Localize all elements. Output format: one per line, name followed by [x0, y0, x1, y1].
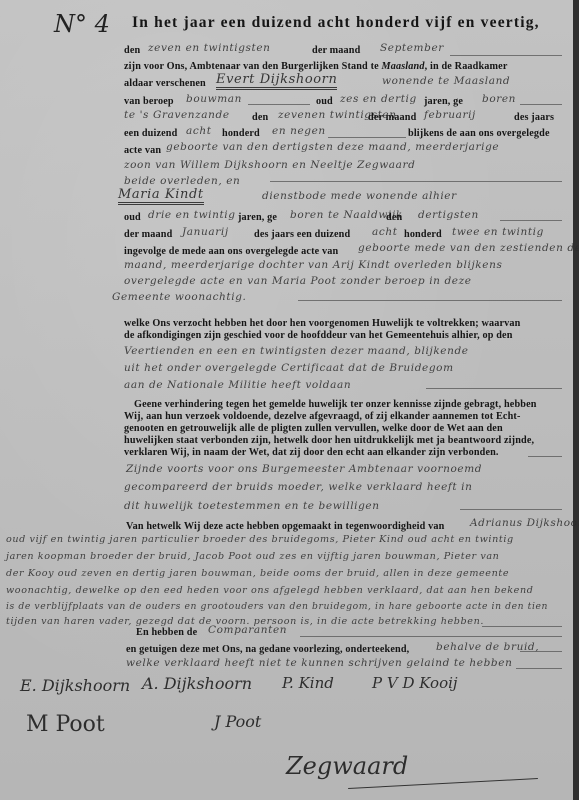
printed-den-2: den [252, 112, 268, 123]
consent-line-1: Zijnde voorts voor ons Burgemeester Ambt… [126, 463, 482, 475]
record-number: N° 4 [54, 10, 110, 38]
closing-comparanten: Comparanten [208, 624, 287, 636]
paragraph-geene-3: genooten en getrouwelijk alle de pligten… [124, 423, 503, 434]
consent-line-3: dit huwelijk toetestemmen en te bewillig… [124, 500, 380, 512]
closing-printed-2: en getuigen deze met Ons, na gedane voor… [126, 644, 409, 655]
ruled-line [482, 626, 562, 627]
witnesses-line-1: oud vijf en twintig jaren particulier br… [6, 534, 514, 545]
printed-jaren-ge-2: jaren, ge [238, 212, 277, 223]
binding-edge [573, 0, 579, 800]
groom-age: zes en dertig [340, 93, 417, 105]
ruled-line [516, 668, 562, 669]
ruled-line [460, 509, 562, 510]
printed-van-beroep: van beroep [124, 96, 174, 107]
witnesses-line-3: der Kooy oud zeven en dertig jaren bouwm… [6, 568, 509, 579]
afkondiging-militie: aan de Nationale Militie heeft voldaan [124, 379, 351, 391]
bride-birth-month: Januarij [182, 226, 229, 238]
opening-line-text: In het jaar een duizend acht honderd vij… [132, 14, 540, 31]
bride-occupation-residence: dienstbode mede wonende alhier [262, 190, 457, 202]
bride-parent-mother: overgelegde acte en van Maria Poot zonde… [124, 275, 472, 287]
printed-acte-van: acte van [124, 145, 161, 156]
printed-der-maand-2: der maand [368, 112, 416, 123]
printed-oud-2: oud [124, 212, 141, 223]
hand-month: September [380, 42, 444, 54]
bride-birth-year: twee en twintig [452, 226, 544, 238]
hand-boren: boren [482, 93, 516, 105]
printed-jaren-ge: jaren, ge [424, 96, 463, 107]
signature-registrar: Zegwaard [286, 752, 408, 780]
bride-name: Maria Kindt [118, 187, 204, 202]
printed-den-3: den [386, 212, 402, 223]
ruled-line [298, 300, 562, 301]
groom-birth-month: februarij [424, 109, 476, 121]
signature-pvd-kooij: P V D Kooij [372, 674, 458, 692]
afkondiging-certificate: uit het onder overgelegde Certificaat da… [124, 362, 454, 374]
groom-name: Evert Dijkshoorn [216, 72, 337, 87]
ruled-line [500, 220, 562, 221]
ruled-line [520, 104, 562, 105]
groom-parents-status: beide overleden, en [124, 175, 240, 187]
printed-der-maand-3: der maand [124, 229, 172, 240]
bride-name-text: Maria Kindt [118, 187, 204, 205]
hand-acht: acht [186, 125, 212, 137]
printed-ambtenaar: zijn voor Ons, Ambtenaar van den Burgerl… [124, 61, 508, 72]
paragraph-welke-1: welke Ons verzocht hebben het door hen v… [124, 318, 520, 329]
paragraph-witnesses-printed: Van hetwelk Wij deze acte hebben opgemaa… [126, 521, 444, 532]
printed-honderd: honderd [222, 128, 260, 139]
closing-printed-1: En hebben de [136, 627, 197, 638]
place-name: Maasland [382, 61, 425, 72]
opening-line: In het jaar een duizend acht honderd vij… [132, 14, 540, 32]
groom-name-text: Evert Dijkshoorn [216, 72, 337, 90]
signature-m-poot: M Poot [26, 712, 105, 737]
bride-birth-day: dertigsten [418, 209, 479, 221]
ruled-line [450, 55, 562, 56]
ruled-line [520, 651, 562, 652]
groom-occupation: bouwman [186, 93, 242, 105]
groom-birthplace: te 's Gravenzande [124, 109, 230, 121]
closing-bride-cannot-write: welke verklaard heeft niet te kunnen sch… [126, 657, 512, 669]
printed-den: den [124, 45, 140, 56]
witnesses-line-4: woonachtig, dewelke op den eed heden voo… [6, 585, 534, 596]
ruled-line [426, 388, 562, 389]
hand-geboorte-groom: geboorte van den dertigsten deze maand, … [166, 141, 499, 153]
paragraph-geene-4: huwelijken staat verbonden zijn, hetwelk… [124, 435, 534, 446]
hand-day: zeven en twintigsten [148, 42, 271, 54]
printed-honderd-2: honderd [404, 229, 442, 240]
groom-residence: wonende te Maasland [382, 75, 510, 87]
signature-p-kind: P. Kind [282, 674, 334, 692]
witnesses-line-5: is de verblijfplaats van de ouders en gr… [6, 601, 548, 612]
ruled-line [528, 456, 562, 457]
ruled-line [248, 104, 310, 105]
witness-1-name: Adrianus Dijkshoorn [470, 517, 579, 529]
printed-ambtenaar-text: zijn voor Ons, Ambtenaar van den Burgerl… [124, 61, 379, 72]
printed-der-maand: der maand [312, 45, 360, 56]
paragraph-geene-5: verklaren Wij, in naam der Wet, dat zij … [124, 447, 499, 458]
signature-a-dijkshoorn: A. Dijkshoorn [142, 674, 252, 693]
signature-j-poot: J Poot [214, 712, 261, 731]
ruled-line [300, 636, 562, 637]
bride-residence: Gemeente woonachtig. [112, 291, 246, 303]
ruled-line [270, 181, 562, 182]
paragraph-welke-2: de afkondigingen zijn geschied voor de h… [124, 330, 513, 341]
hand-geboorte-bride: geboorte mede van den zestienden dezer [358, 242, 579, 254]
paragraph-geene-1: Geene verhindering tegen het gemelde huw… [134, 399, 537, 410]
printed-blijkens: blijkens de aan ons overgelegde [408, 128, 550, 139]
signature-e-dijkshoorn: E. Dijkshoorn [20, 676, 130, 695]
printed-raadkamer: , in de Raadkamer [425, 61, 508, 72]
printed-een-duizend: een duizend [124, 128, 177, 139]
printed-ingevolge: ingevolge de mede aan ons overgelegde ac… [124, 246, 338, 257]
printed-verschenen: aldaar verschenen [124, 78, 206, 89]
printed-des-jaars: des jaars [514, 112, 554, 123]
afkondiging-dates: Veertienden en een en twintigsten dezer … [124, 345, 469, 357]
printed-des-jaars-2: des jaars een duizend [254, 229, 350, 240]
witnesses-line-2: jaren koopman broeder der bruid, Jacob P… [6, 551, 499, 562]
ruled-line [328, 137, 406, 138]
printed-oud: oud [316, 96, 333, 107]
groom-parents: zoon van Willem Dijkshoorn en Neeltje Ze… [124, 159, 415, 171]
hand-acht-2: acht [372, 226, 398, 238]
hand-en-negen: en negen [272, 125, 326, 137]
consent-line-2: gecompareerd der bruids moeder, welke ve… [124, 481, 472, 493]
civil-marriage-record-page: N° 4 In het jaar een duizend acht honder… [0, 0, 579, 800]
paragraph-geene-2: Wij, aan hun verzoek voldoende, dezelve … [124, 411, 521, 422]
bride-age: drie en twintig [148, 209, 236, 221]
bride-parent-father: maand, meerderjarige dochter van Arij Ki… [124, 259, 502, 271]
